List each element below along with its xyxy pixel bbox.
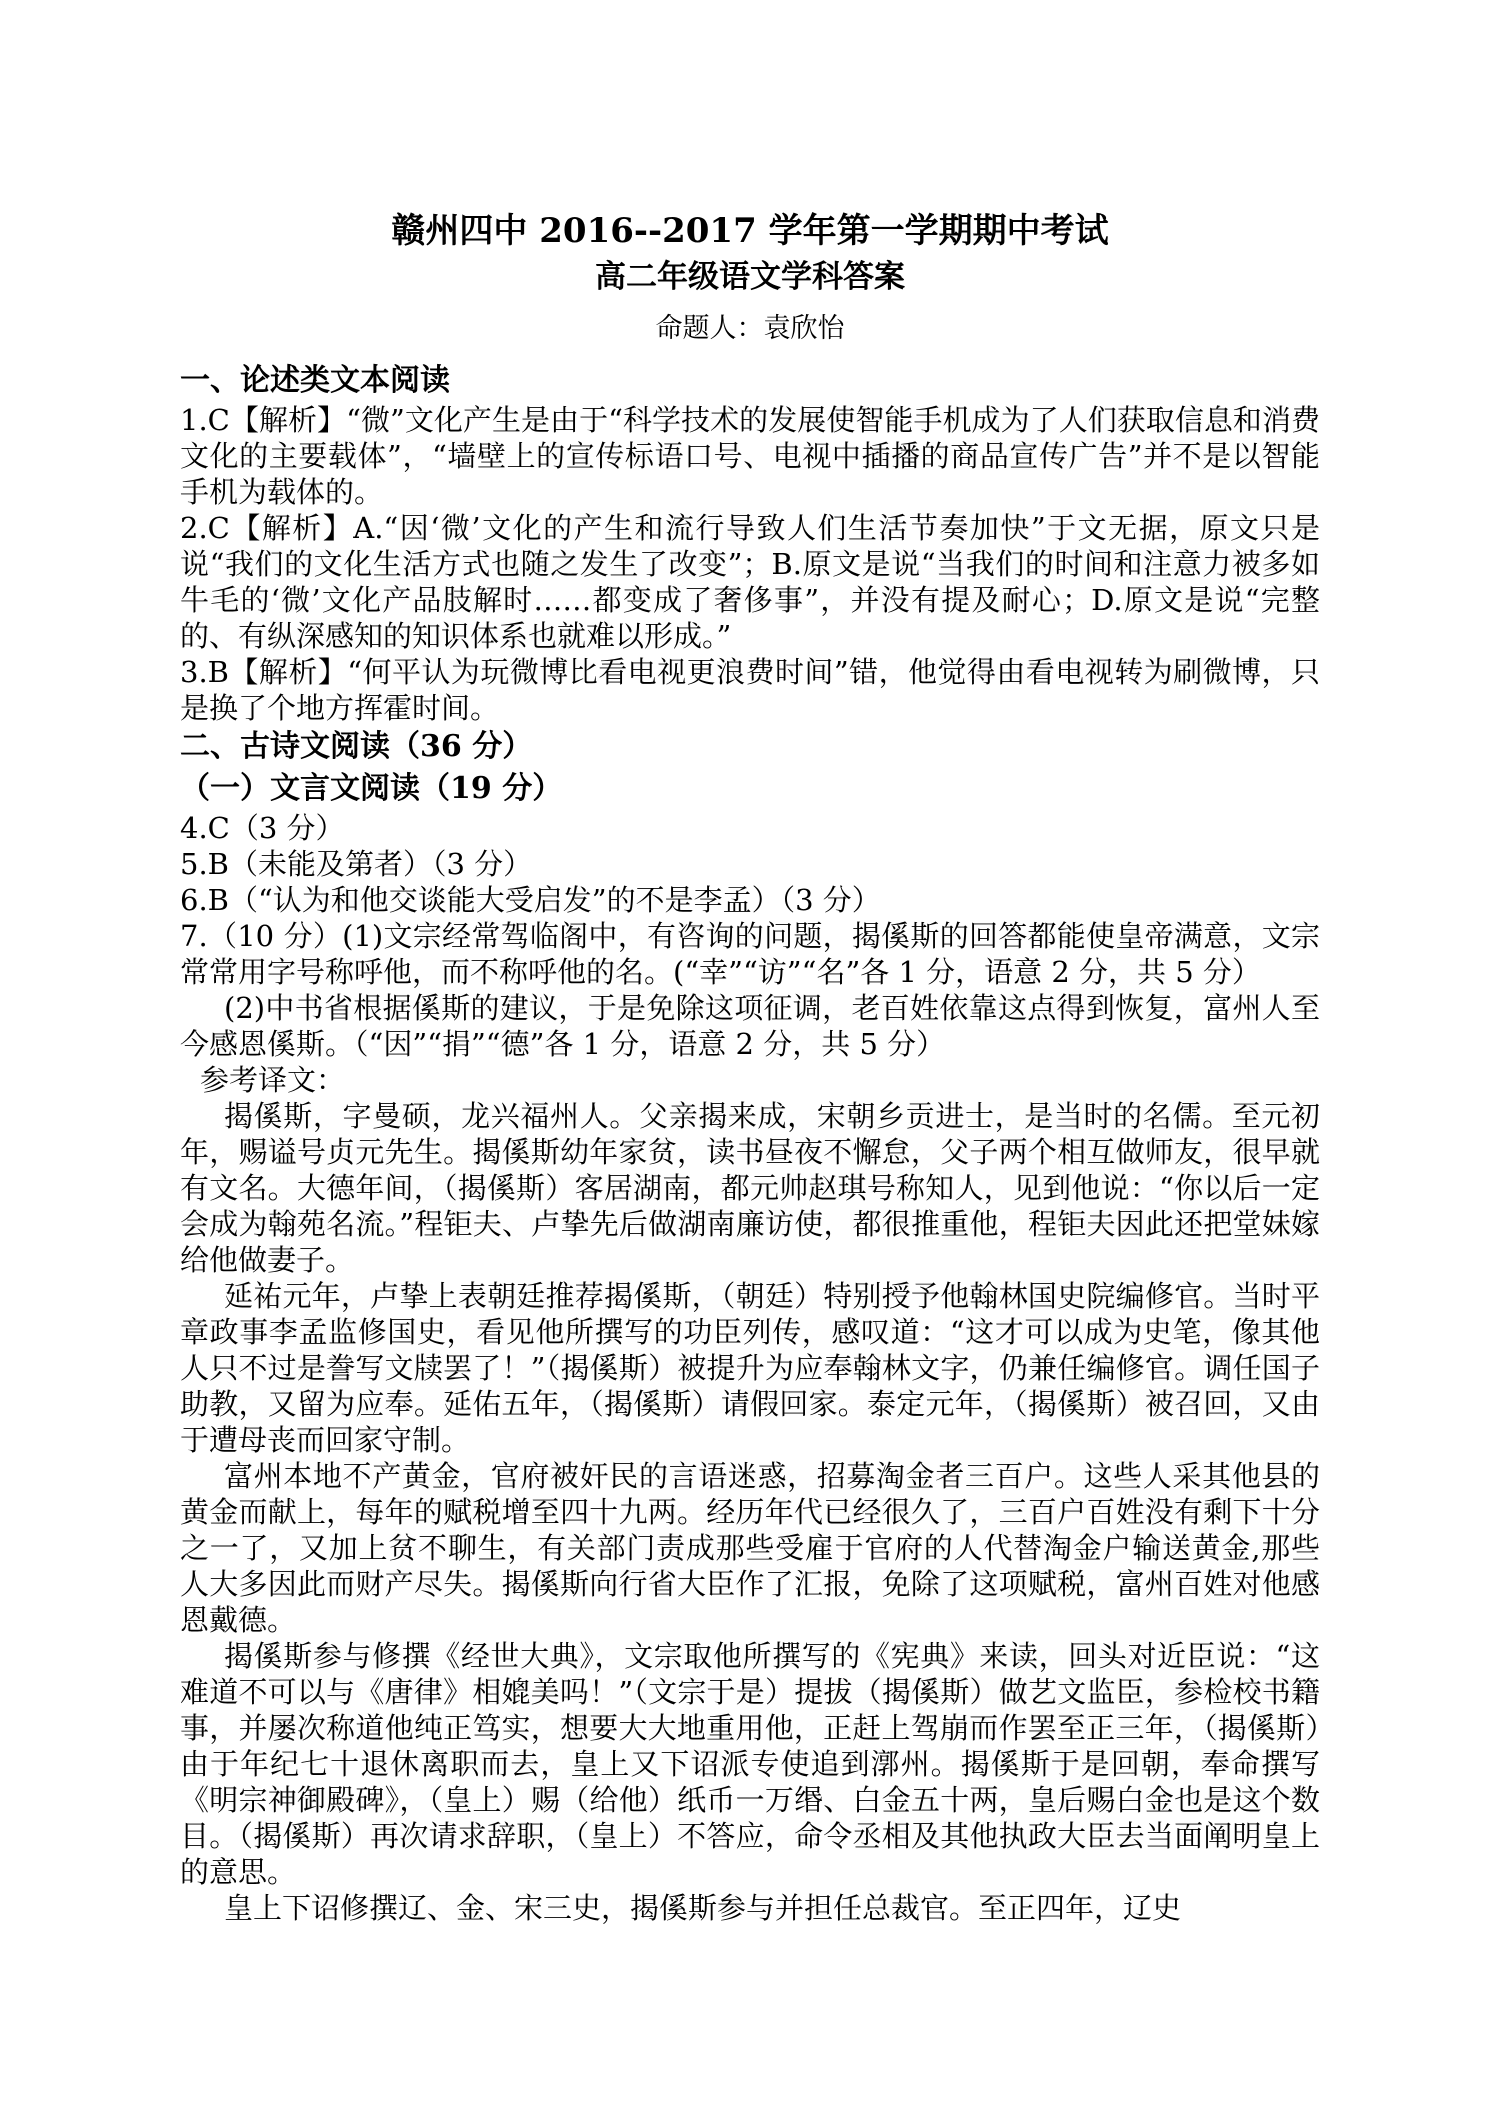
paragraph: 6.B（“认为和他交谈能大受启发”的不是李孟）（3 分） xyxy=(180,882,1320,918)
paragraph: 延祐元年，卢挚上表朝廷推荐揭傒斯，（朝廷）特别授予他翰林国史院编修官。当时平章政… xyxy=(180,1278,1320,1458)
paragraph: 5.B（未能及第者）（3 分） xyxy=(180,846,1320,882)
paragraph: (2)中书省根据傒斯的建议，于是免除这项征调，老百姓依靠这点得到恢复，富州人至今… xyxy=(180,990,1320,1062)
paragraph: 揭傒斯参与修撰《经世大典》，文宗取他所撰写的《宪典》来读，回头对近臣说：“这难道… xyxy=(180,1638,1320,1890)
section-heading: 二、古诗文阅读（36 分） xyxy=(180,726,1320,768)
section-heading: 一、论述类文本阅读 xyxy=(180,360,1320,402)
document-author-line: 命题人：袁欣怡 xyxy=(180,308,1320,350)
paragraph: 1.C【解析】“微”文化产生是由于“科学技术的发展使智能手机成为了人们获取信息和… xyxy=(180,402,1320,510)
document-content: 赣州四中 2016--2017 学年第一学期期中考试 高二年级语文学科答案 命题… xyxy=(180,208,1320,1926)
paragraph: 揭傒斯，字曼硕，龙兴福州人。父亲揭来成，宋朝乡贡进士，是当时的名儒。至元初年，赐… xyxy=(180,1098,1320,1278)
paragraph: 富州本地不产黄金，官府被奸民的言语迷惑，招募淘金者三百户。这些人采其他县的黄金而… xyxy=(180,1458,1320,1638)
paragraph: 3.B【解析】“何平认为玩微博比看电视更浪费时间”错，他觉得由看电视转为刷微博，… xyxy=(180,654,1320,726)
document-title: 赣州四中 2016--2017 学年第一学期期中考试 xyxy=(180,208,1320,254)
paragraph: 参考译文： xyxy=(180,1062,1320,1098)
paragraph: 皇上下诏修撰辽、金、宋三史，揭傒斯参与并担任总裁官。至正四年，辽史 xyxy=(180,1890,1320,1926)
paragraph: 2.C【解析】A.“因‘微’文化的产生和流行导致人们生活节奏加快”于文无据，原文… xyxy=(180,510,1320,654)
section-heading: （一）文言文阅读（19 分） xyxy=(180,768,1320,810)
paragraph: 4.C（3 分） xyxy=(180,810,1320,846)
paragraph: 7.（10 分）(1)文宗经常驾临阁中，有咨询的问题，揭傒斯的回答都能使皇帝满意… xyxy=(180,918,1320,990)
document-body: 一、论述类文本阅读1.C【解析】“微”文化产生是由于“科学技术的发展使智能手机成… xyxy=(180,360,1320,1926)
document-page: 赣州四中 2016--2017 学年第一学期期中考试 高二年级语文学科答案 命题… xyxy=(0,0,1488,2105)
document-subtitle: 高二年级语文学科答案 xyxy=(180,254,1320,300)
